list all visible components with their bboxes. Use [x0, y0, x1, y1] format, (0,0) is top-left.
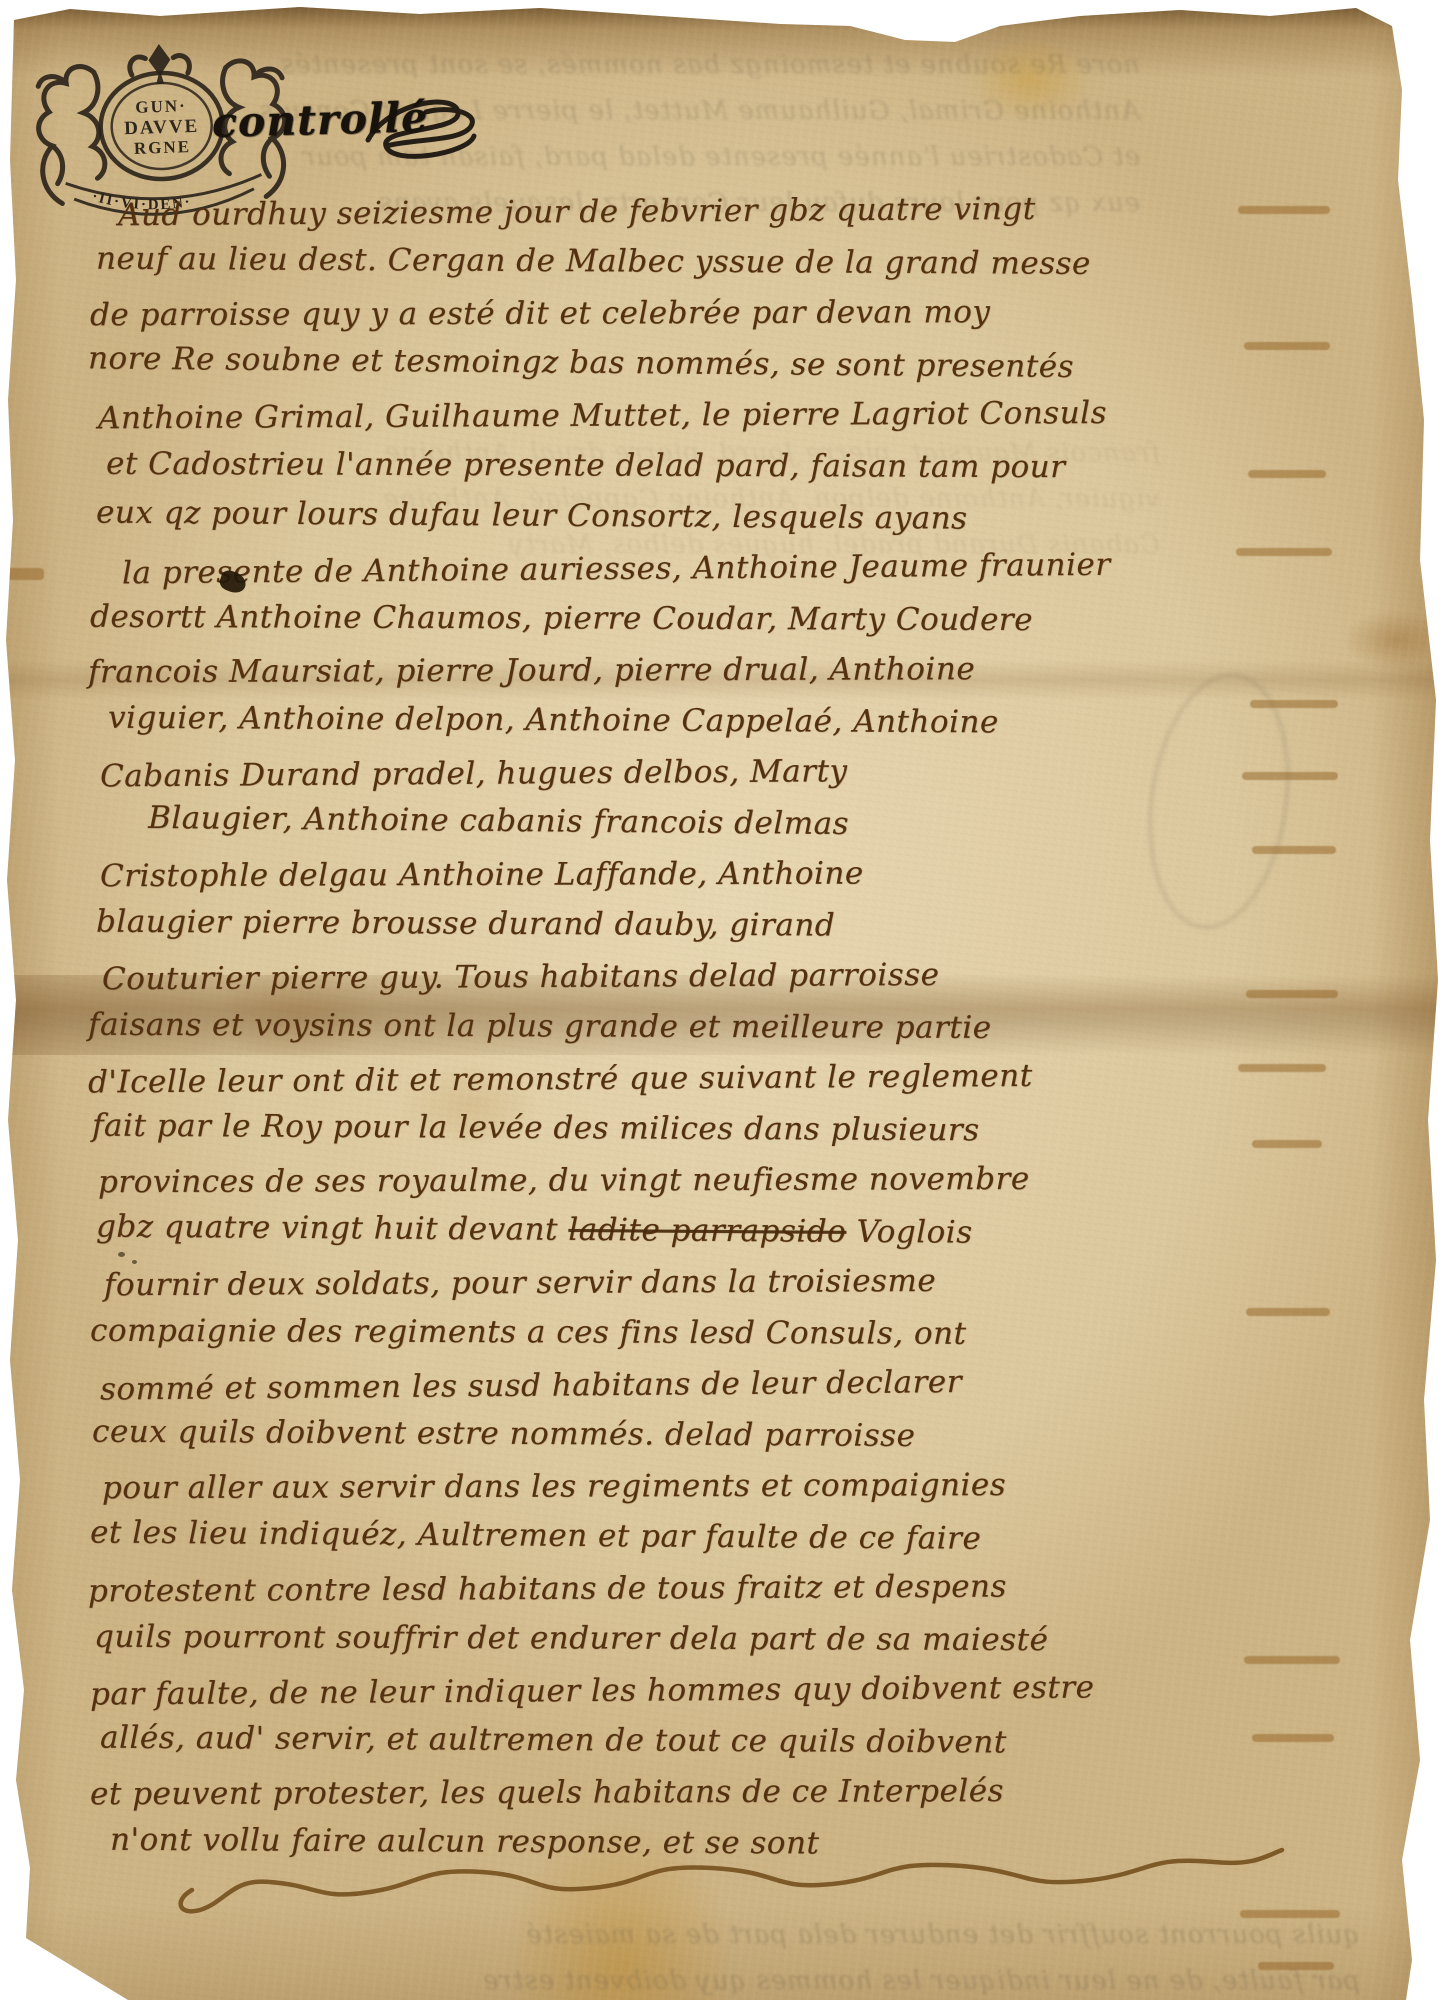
- manuscript-line: de parroisse quy y a esté dit et celebré…: [88, 286, 1378, 342]
- manuscript-line: et peuvent protester, les quels habitans…: [88, 1765, 1378, 1821]
- edge-ink-dash: [1252, 846, 1336, 854]
- bleedthrough-line: nore Re soubne et tesmoingz bas nommés, …: [480, 42, 1140, 88]
- ink-speck: [118, 1252, 125, 1257]
- manuscript-page: nore Re soubne et tesmoingz bas nommés, …: [0, 0, 1456, 2000]
- manuscript-line: par faulte, de ne leur indiquer les homm…: [88, 1660, 1378, 1720]
- manuscript-line: compaignie des regiments a ces fins lesd…: [88, 1306, 1378, 1362]
- paraph-squiggle-icon: [356, 82, 486, 178]
- stamp-oval-line2: DAVVE: [124, 116, 200, 140]
- edge-ink-dash: [1244, 1656, 1340, 1664]
- bleedthrough-text-bottom: quils pourront souffrir det endurer dela…: [110, 1912, 1360, 2000]
- manuscript-line: Anthoine Grimal, Guilhaume Muttet, le pi…: [88, 387, 1378, 445]
- manuscript-line: allés, aud' servir, et aultremen de tout…: [88, 1713, 1378, 1771]
- edge-ink-dash: [1248, 470, 1326, 478]
- manuscript-line: et Cadostrieu l'année presente delad par…: [88, 439, 1378, 495]
- ink-speck: [842, 16, 852, 23]
- manuscript-line: faisans et voysins ont la plus grande et…: [88, 1000, 1378, 1056]
- bleedthrough-line: et Cadostrieu l'année presente delad par…: [480, 134, 1140, 180]
- closing-flourish-icon: [170, 1838, 1310, 1918]
- manuscript-line: viguier, Anthoine delpon, Anthoine Cappe…: [88, 693, 1378, 751]
- manuscript-line: Couturier pierre guy. Tous habitans dela…: [88, 948, 1378, 1006]
- manuscript-line: nore Re soubne et tesmoingz bas nommés, …: [88, 333, 1378, 395]
- manuscript-line: sommé et sommen les susd habitans de leu…: [88, 1353, 1378, 1415]
- edge-ink-dash: [1236, 548, 1332, 556]
- edge-ink-dash: [1238, 206, 1330, 214]
- edge-ink-dash: [0, 568, 44, 580]
- manuscript-text-block: Aud ourdhuy seiziesme jour de febvrier g…: [88, 186, 1378, 1869]
- manuscript-line: la presente de Anthoine auriesses, Antho…: [88, 537, 1378, 599]
- edge-ink-dash: [1242, 772, 1338, 780]
- manuscript-line: Aud ourdhuy seiziesme jour de febvrier g…: [88, 181, 1378, 241]
- manuscript-line: quils pourront souffrir det endurer dela…: [88, 1612, 1378, 1668]
- edge-ink-dash: [1252, 1140, 1322, 1148]
- manuscript-line: ceux quils doibvent estre nommés. delad …: [88, 1407, 1378, 1465]
- manuscript-line: Cristophle delgau Anthoine Laffande, Ant…: [88, 847, 1378, 903]
- manuscript-line: neuf au lieu dest. Cergan de Malbec yssu…: [88, 234, 1378, 292]
- bleedthrough-line: quils pourront souffrir det endurer dela…: [110, 1912, 1360, 1958]
- edge-ink-dash: [1250, 700, 1338, 708]
- manuscript-line: fournir deux soldats, pour servir dans l…: [88, 1254, 1378, 1312]
- manuscript-line: francois Maursiat, pierre Jourd, pierre …: [88, 643, 1378, 699]
- edge-ink-dash: [1252, 1734, 1334, 1742]
- ink-speck: [132, 1260, 137, 1264]
- manuscript-line: d'Icelle leur ont dit et remonstré que s…: [88, 1048, 1378, 1108]
- manuscript-line: provinces de ses royaulme, du vingt neuf…: [88, 1153, 1378, 1209]
- edge-ink-dash: [1258, 1962, 1334, 1970]
- manuscript-line: pour aller aux servir dans les regiments…: [88, 1459, 1378, 1515]
- stamp-oval-line1: GUN·: [135, 96, 187, 117]
- edge-ink-dash: [1246, 990, 1338, 998]
- manuscript-line: et les lieu indiquéz, Aultremen et par f…: [88, 1507, 1378, 1567]
- manuscript-line: fait par le Roy pour la levée des milice…: [88, 1101, 1378, 1159]
- edge-ink-dash: [1238, 1064, 1326, 1072]
- scanned-document: nore Re soubne et tesmoingz bas nommés, …: [0, 0, 1456, 2000]
- edge-ink-dash: [1244, 342, 1330, 350]
- manuscript-line: protestent contre lesd habitans de tous …: [88, 1560, 1378, 1618]
- manuscript-line: desortt Anthoine Chaumos, pierre Coudar,…: [88, 592, 1378, 648]
- edge-ink-dash: [1240, 1910, 1340, 1918]
- bleedthrough-line: par faulte, de ne leur indiquer les homm…: [110, 1958, 1360, 2000]
- manuscript-line: gbz quatre vingt huit devant ladite parr…: [88, 1201, 1378, 1261]
- bleedthrough-line: Anthoine Grimal, Guilhaume Muttet, le pi…: [480, 88, 1140, 134]
- stamp-oval-line3: RGNE: [134, 137, 192, 158]
- manuscript-line: blaugier pierre brousse durand dauby, gi…: [88, 897, 1378, 955]
- edge-ink-dash: [1246, 1308, 1330, 1316]
- manuscript-line: Blaugier, Anthoine cabanis francois delm…: [88, 792, 1378, 854]
